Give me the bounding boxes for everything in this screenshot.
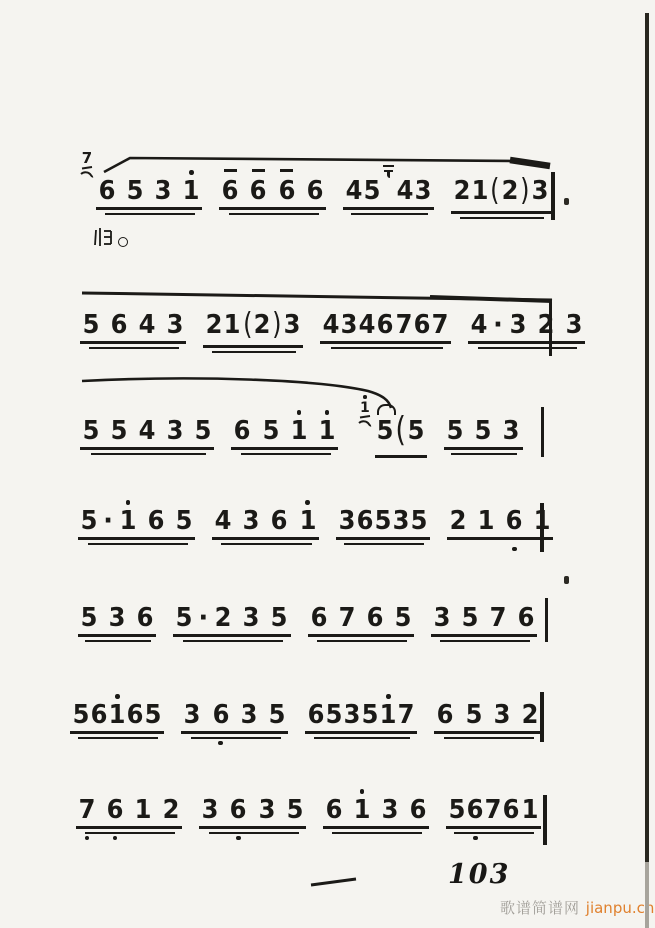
score-line-1: 65316666454321(2)3 <box>98 178 549 208</box>
note-digit: 1 <box>109 702 126 728</box>
note-digit: 3 <box>243 605 260 631</box>
note-group: 2161 <box>449 508 551 534</box>
octave-dot-low <box>236 836 241 841</box>
note: 5 <box>80 605 98 631</box>
lyric-period-circle <box>118 237 128 247</box>
note-group: 4·323 <box>470 312 583 338</box>
watermark: 歌谱简谱网 jianpu.cn <box>500 897 654 918</box>
note-digit: 5 <box>362 702 379 728</box>
note-group: 6531 <box>98 178 200 204</box>
note: 5 <box>461 605 479 631</box>
octave-dot-high <box>360 789 365 794</box>
note: 3 <box>509 312 527 338</box>
note: 6 <box>270 508 288 534</box>
phrase-line-2 <box>82 293 552 300</box>
note: 2 <box>449 508 467 534</box>
note: 6 <box>110 312 128 338</box>
note-digit: ) <box>273 310 282 340</box>
note: 3 <box>258 797 276 823</box>
octave-dot-low <box>113 836 118 841</box>
note: 3 <box>240 702 258 728</box>
note-digit: 6 <box>137 605 154 631</box>
note-digit: 6 <box>234 418 251 444</box>
note: 6 <box>325 797 343 823</box>
note-digit: 6 <box>377 312 394 338</box>
note-digit: ( <box>490 176 499 206</box>
note: 1 <box>182 178 200 204</box>
note-digit: 2 <box>254 312 271 338</box>
note-digit: 5 <box>268 702 285 728</box>
octave-dot-high <box>189 170 194 175</box>
note-digit: 3 <box>155 178 172 204</box>
note-digit: 5 <box>271 605 288 631</box>
note: 5 <box>361 702 379 728</box>
note-digit: 6 <box>506 508 523 534</box>
grace-note-digit: 1 <box>360 401 370 415</box>
note: 1 <box>318 418 336 444</box>
duration-dash <box>224 169 237 172</box>
note-group: 4543 <box>345 178 432 204</box>
note: 2 <box>453 178 471 204</box>
note: 5 <box>407 418 425 444</box>
note-digit: 4 <box>359 312 376 338</box>
note-digit: 5 <box>394 605 411 631</box>
note-digit: 3 <box>393 508 410 534</box>
note-digit: 3 <box>167 312 184 338</box>
note-group: 6511 <box>233 418 335 444</box>
note-digit: 5 <box>447 418 464 444</box>
note-group: 6666 <box>221 178 323 204</box>
note: 1 <box>108 702 126 728</box>
note-digit: 1 <box>353 797 370 823</box>
note-digit: 5 <box>83 312 100 338</box>
note: 5 <box>286 797 304 823</box>
note: 3 <box>392 508 410 534</box>
note: 6 <box>310 605 328 631</box>
note: 3 <box>381 797 399 823</box>
note-digit: 1 <box>478 508 495 534</box>
note-digit: 1 <box>472 178 489 204</box>
note-digit: 5 <box>475 418 492 444</box>
note-digit: 6 <box>306 178 323 204</box>
note: 6 <box>376 312 394 338</box>
note: 6 <box>505 508 523 534</box>
note-digit: 4 <box>215 508 232 534</box>
note-digit: 3 <box>415 178 432 204</box>
note-digit: 6 <box>310 605 327 631</box>
note: 5 <box>82 312 100 338</box>
barline-7 <box>543 795 547 845</box>
note: 5 <box>474 418 492 444</box>
note: 6 <box>106 797 124 823</box>
note-digit: 3 <box>167 418 184 444</box>
note-group: 56761 <box>448 797 538 823</box>
note-group: 6136 <box>325 797 427 823</box>
note-digit: 5 <box>363 178 380 204</box>
note-digit: 5 <box>286 797 303 823</box>
note-group: 4361 <box>214 508 316 534</box>
note: 1 <box>379 702 397 728</box>
note-group: 21(2)3 <box>453 178 549 208</box>
lyric-line: 归。 <box>91 226 128 248</box>
note-digit: 1 <box>224 312 241 338</box>
b1 <box>383 165 394 167</box>
note: 3 <box>414 178 432 204</box>
note: 2 <box>205 312 223 338</box>
phrase-line-2-thick-end <box>430 297 552 301</box>
note: 3 <box>183 702 201 728</box>
note: 3 <box>201 797 219 823</box>
note: 5 <box>363 178 396 204</box>
note: 2 <box>521 702 539 728</box>
note-digit: 4 <box>323 312 340 338</box>
note: 6 <box>306 178 324 204</box>
note-digit: 6 <box>410 797 427 823</box>
score-line-3: 55435651115(5553 <box>82 418 521 452</box>
note: 5 <box>82 418 100 444</box>
parenthesis: ( <box>489 176 501 206</box>
note-digit: 3 <box>344 702 361 728</box>
note-digit: 1 <box>380 702 397 728</box>
note: 5 <box>110 418 128 444</box>
ink-speck <box>564 576 569 584</box>
scanned-score-page: 65316666454321(2)37564321(2)343467674·32… <box>0 0 655 928</box>
note-digit: 6 <box>278 178 295 204</box>
note-digit: 5 <box>145 702 162 728</box>
note-digit: 3 <box>531 178 548 204</box>
note-digit: 6 <box>467 797 484 823</box>
note: 6 <box>466 797 484 823</box>
note: 6 <box>517 605 535 631</box>
note-digit: ( <box>243 310 252 340</box>
watermark-site-name: 歌谱简谱网 <box>500 899 586 917</box>
octave-dot-high <box>305 500 310 505</box>
note: 4 <box>345 178 363 204</box>
note-group: 55435 <box>82 418 212 444</box>
note-group: 3576 <box>433 605 535 631</box>
score-line-5: 5365·23567653576 <box>80 605 535 631</box>
note-group: 3635 <box>201 797 303 823</box>
note-group: 7612 <box>78 797 180 823</box>
note-digit: 2 <box>215 605 232 631</box>
note-digit: 4 <box>397 178 414 204</box>
note-digit: 3 <box>258 797 275 823</box>
note-digit: · <box>198 605 208 631</box>
octave-dot-low <box>512 547 517 552</box>
augmentation-dot: · <box>493 312 503 338</box>
duration-dash <box>280 169 293 172</box>
note: 2 <box>162 797 180 823</box>
note-digit: 7 <box>79 797 96 823</box>
note: 1 <box>290 418 308 444</box>
note-digit: 4 <box>345 178 362 204</box>
octave-dot-high <box>126 500 131 505</box>
note: 6 <box>366 605 384 631</box>
duration-dash <box>252 169 265 172</box>
note-digit: 1 <box>299 508 316 534</box>
barline-2 <box>549 302 552 356</box>
note: 3 <box>502 418 520 444</box>
note: 7 <box>431 312 449 338</box>
note-digit: 5 <box>465 702 482 728</box>
note-digit: 6 <box>356 508 373 534</box>
note: 3 <box>493 702 511 728</box>
note: 3 <box>531 178 549 204</box>
note-digit: 5 <box>176 605 193 631</box>
score-line-6: 5616536356535176532 <box>72 702 539 728</box>
note-digit: 3 <box>284 312 301 338</box>
note-digit: 7 <box>398 702 415 728</box>
note-digit: 4 <box>139 312 156 338</box>
note: 1 <box>521 797 539 823</box>
note-digit: 7 <box>338 605 355 631</box>
note-digit: 6 <box>437 702 454 728</box>
note: 3 <box>565 312 583 338</box>
note-group: 5·235 <box>175 605 288 631</box>
note: 6 <box>98 178 116 204</box>
note: 1 <box>119 508 137 534</box>
note-digit: · <box>103 508 113 534</box>
note: 6 <box>502 797 520 823</box>
note-digit: 3 <box>338 508 355 534</box>
note: 6 <box>436 702 454 728</box>
note: 4 <box>470 312 488 338</box>
note-digit: 6 <box>212 702 229 728</box>
octave-dot-high <box>363 395 367 399</box>
note-digit: 1 <box>120 508 137 534</box>
note-group: 4346767 <box>322 312 449 338</box>
note-group: 6765 <box>310 605 412 631</box>
note: 6 <box>90 702 108 728</box>
note: 7 <box>338 605 356 631</box>
note-digit: 4 <box>470 312 487 338</box>
note: 5 <box>126 178 144 204</box>
note-digit: 5 <box>81 508 98 534</box>
parenthesis: ( <box>394 413 407 447</box>
barline-6 <box>540 692 544 742</box>
note-digit: 3 <box>382 797 399 823</box>
note: 7 <box>489 605 507 631</box>
note-group: 653517 <box>307 702 416 728</box>
note-group: 553 <box>446 418 520 444</box>
note-digit: 5 <box>449 797 466 823</box>
phrase-line-1 <box>104 158 549 172</box>
note: 6 <box>147 508 165 534</box>
note-digit: 4 <box>139 418 156 444</box>
note-digit: 5 <box>374 508 391 534</box>
augmentation-dot: · <box>103 508 113 534</box>
note: 6 <box>126 702 144 728</box>
note-digit: ) <box>520 176 529 206</box>
note-digit: 2 <box>521 702 538 728</box>
note: 6 <box>212 702 230 728</box>
score-decorations-overlay <box>0 0 655 928</box>
note-digit: 7 <box>485 797 502 823</box>
note-digit: 6 <box>148 508 165 534</box>
note: 6 <box>136 605 154 631</box>
note-digit: 6 <box>111 312 128 338</box>
octave-dot-low <box>218 741 223 746</box>
book-spine-edge-line <box>645 13 649 862</box>
note: 1 <box>477 508 495 534</box>
note-digit: 5 <box>262 418 279 444</box>
note: 6 <box>249 178 267 204</box>
octave-dot-low <box>473 836 478 841</box>
score-line-7: 76123635613656761 <box>78 797 539 823</box>
note: 5 <box>270 605 288 631</box>
note: 3 <box>154 178 172 204</box>
octave-dot-high <box>115 694 120 699</box>
note: 1 <box>223 312 241 338</box>
score-line-2: 564321(2)343467674·323 <box>82 312 583 342</box>
grace-note: 1 <box>357 401 373 428</box>
note-digit: 6 <box>107 797 124 823</box>
note-digit: 5 <box>176 508 193 534</box>
note-digit: ( <box>395 413 406 447</box>
note-digit: 3 <box>341 312 358 338</box>
footer-dash <box>311 879 356 885</box>
note-digit: 7 <box>431 312 448 338</box>
octave-dot-high <box>386 694 391 699</box>
note: 1 <box>299 508 317 534</box>
note: 3 <box>338 508 356 534</box>
note: 1 <box>134 797 152 823</box>
phrase-line-1-end-blob <box>510 160 550 166</box>
slur-line-3 <box>82 378 391 408</box>
note: 5 <box>175 508 193 534</box>
note-digit: 6 <box>127 702 144 728</box>
note-digit: 6 <box>518 605 535 631</box>
note: 4 <box>358 312 376 338</box>
note: 6 <box>233 418 251 444</box>
grace-note-digit: 7 <box>82 151 92 166</box>
note: 5 <box>262 418 280 444</box>
note: 7 <box>78 797 96 823</box>
note: 3 <box>343 702 361 728</box>
note-digit: 1 <box>521 797 538 823</box>
note: 6 <box>229 797 247 823</box>
note-digit: 7 <box>490 605 507 631</box>
note: 6 <box>409 797 427 823</box>
note-digit: 6 <box>325 797 342 823</box>
note-group: 5643 <box>82 312 184 338</box>
note: 1 <box>471 178 489 204</box>
note: 3 <box>166 312 184 338</box>
note: 3 <box>108 605 126 631</box>
note-digit: 3 <box>243 508 260 534</box>
note: 2 <box>537 312 555 338</box>
note-group: 536 <box>80 605 154 631</box>
note: 2 <box>253 312 271 338</box>
note: 6 <box>307 702 325 728</box>
note-digit: 6 <box>250 178 267 204</box>
note-digit: 6 <box>413 312 430 338</box>
note: 1 <box>353 797 371 823</box>
note-digit: 1 <box>318 418 335 444</box>
note-digit: 5 <box>83 418 100 444</box>
note-digit: 5 <box>195 418 212 444</box>
note: 4 <box>138 418 156 444</box>
octave-dot-low <box>85 836 90 841</box>
note-group: 21(2)3 <box>205 312 301 342</box>
book-spine-edge-line-faint <box>645 862 649 928</box>
note: 5 <box>80 508 98 534</box>
note-group: 15(5 <box>357 418 425 452</box>
note-digit: 2 <box>454 178 471 204</box>
note-digit: 5 <box>111 418 128 444</box>
note-digit: 5 <box>73 702 90 728</box>
barline-1 <box>551 172 555 220</box>
note: 5 <box>465 702 483 728</box>
note: 4 <box>322 312 340 338</box>
barline-5 <box>545 598 548 642</box>
note: 4 <box>138 312 156 338</box>
octave-dot-high <box>325 410 330 415</box>
note-digit: 1 <box>135 797 152 823</box>
note-group: 5·165 <box>80 508 193 534</box>
note-digit: 6 <box>366 605 383 631</box>
note-digit: · <box>493 312 503 338</box>
note-digit: 3 <box>240 702 257 728</box>
note-group: 6532 <box>436 702 538 728</box>
note-digit: 2 <box>502 178 519 204</box>
note: 5 <box>376 418 394 444</box>
note: 4 <box>214 508 232 534</box>
note-digit: 3 <box>493 702 510 728</box>
note-digit: 6 <box>307 702 324 728</box>
note: 7 <box>484 797 502 823</box>
note: 5 <box>394 605 412 631</box>
note: 3 <box>340 312 358 338</box>
note-digit: 3 <box>566 312 583 338</box>
lead-grace-note: 7 <box>77 151 97 179</box>
note: 5 <box>72 702 90 728</box>
note: 6 <box>221 178 239 204</box>
note: 6 <box>278 178 296 204</box>
note: 3 <box>166 418 184 444</box>
note-digit: 1 <box>183 178 200 204</box>
hk <box>387 170 389 178</box>
note: 5 <box>325 702 343 728</box>
note-digit: 3 <box>184 702 201 728</box>
note-digit: 5 <box>376 418 393 444</box>
note-digit: 3 <box>434 605 451 631</box>
octave-dot-high <box>297 410 302 415</box>
note-digit: 3 <box>109 605 126 631</box>
note-digit: 6 <box>91 702 108 728</box>
note-digit: 6 <box>503 797 520 823</box>
slide-ornament-icon <box>383 165 395 179</box>
note-digit: 1 <box>290 418 307 444</box>
barline-4 <box>540 503 544 552</box>
note-digit: 3 <box>509 312 526 338</box>
note-digit: 5 <box>81 605 98 631</box>
note-group: 3635 <box>183 702 285 728</box>
grace-flag-icon <box>80 166 94 179</box>
note-digit: 6 <box>222 178 239 204</box>
parenthesis: ) <box>271 310 283 340</box>
note: 6 <box>413 312 431 338</box>
note: 5 <box>144 702 162 728</box>
note-digit: 3 <box>503 418 520 444</box>
parenthesis: ) <box>519 176 531 206</box>
note: 5 <box>448 797 466 823</box>
note-digit: 5 <box>127 178 144 204</box>
note-digit: 2 <box>163 797 180 823</box>
note-group: 56165 <box>72 702 162 728</box>
note-digit: 6 <box>271 508 288 534</box>
note-digit: 5 <box>411 508 428 534</box>
